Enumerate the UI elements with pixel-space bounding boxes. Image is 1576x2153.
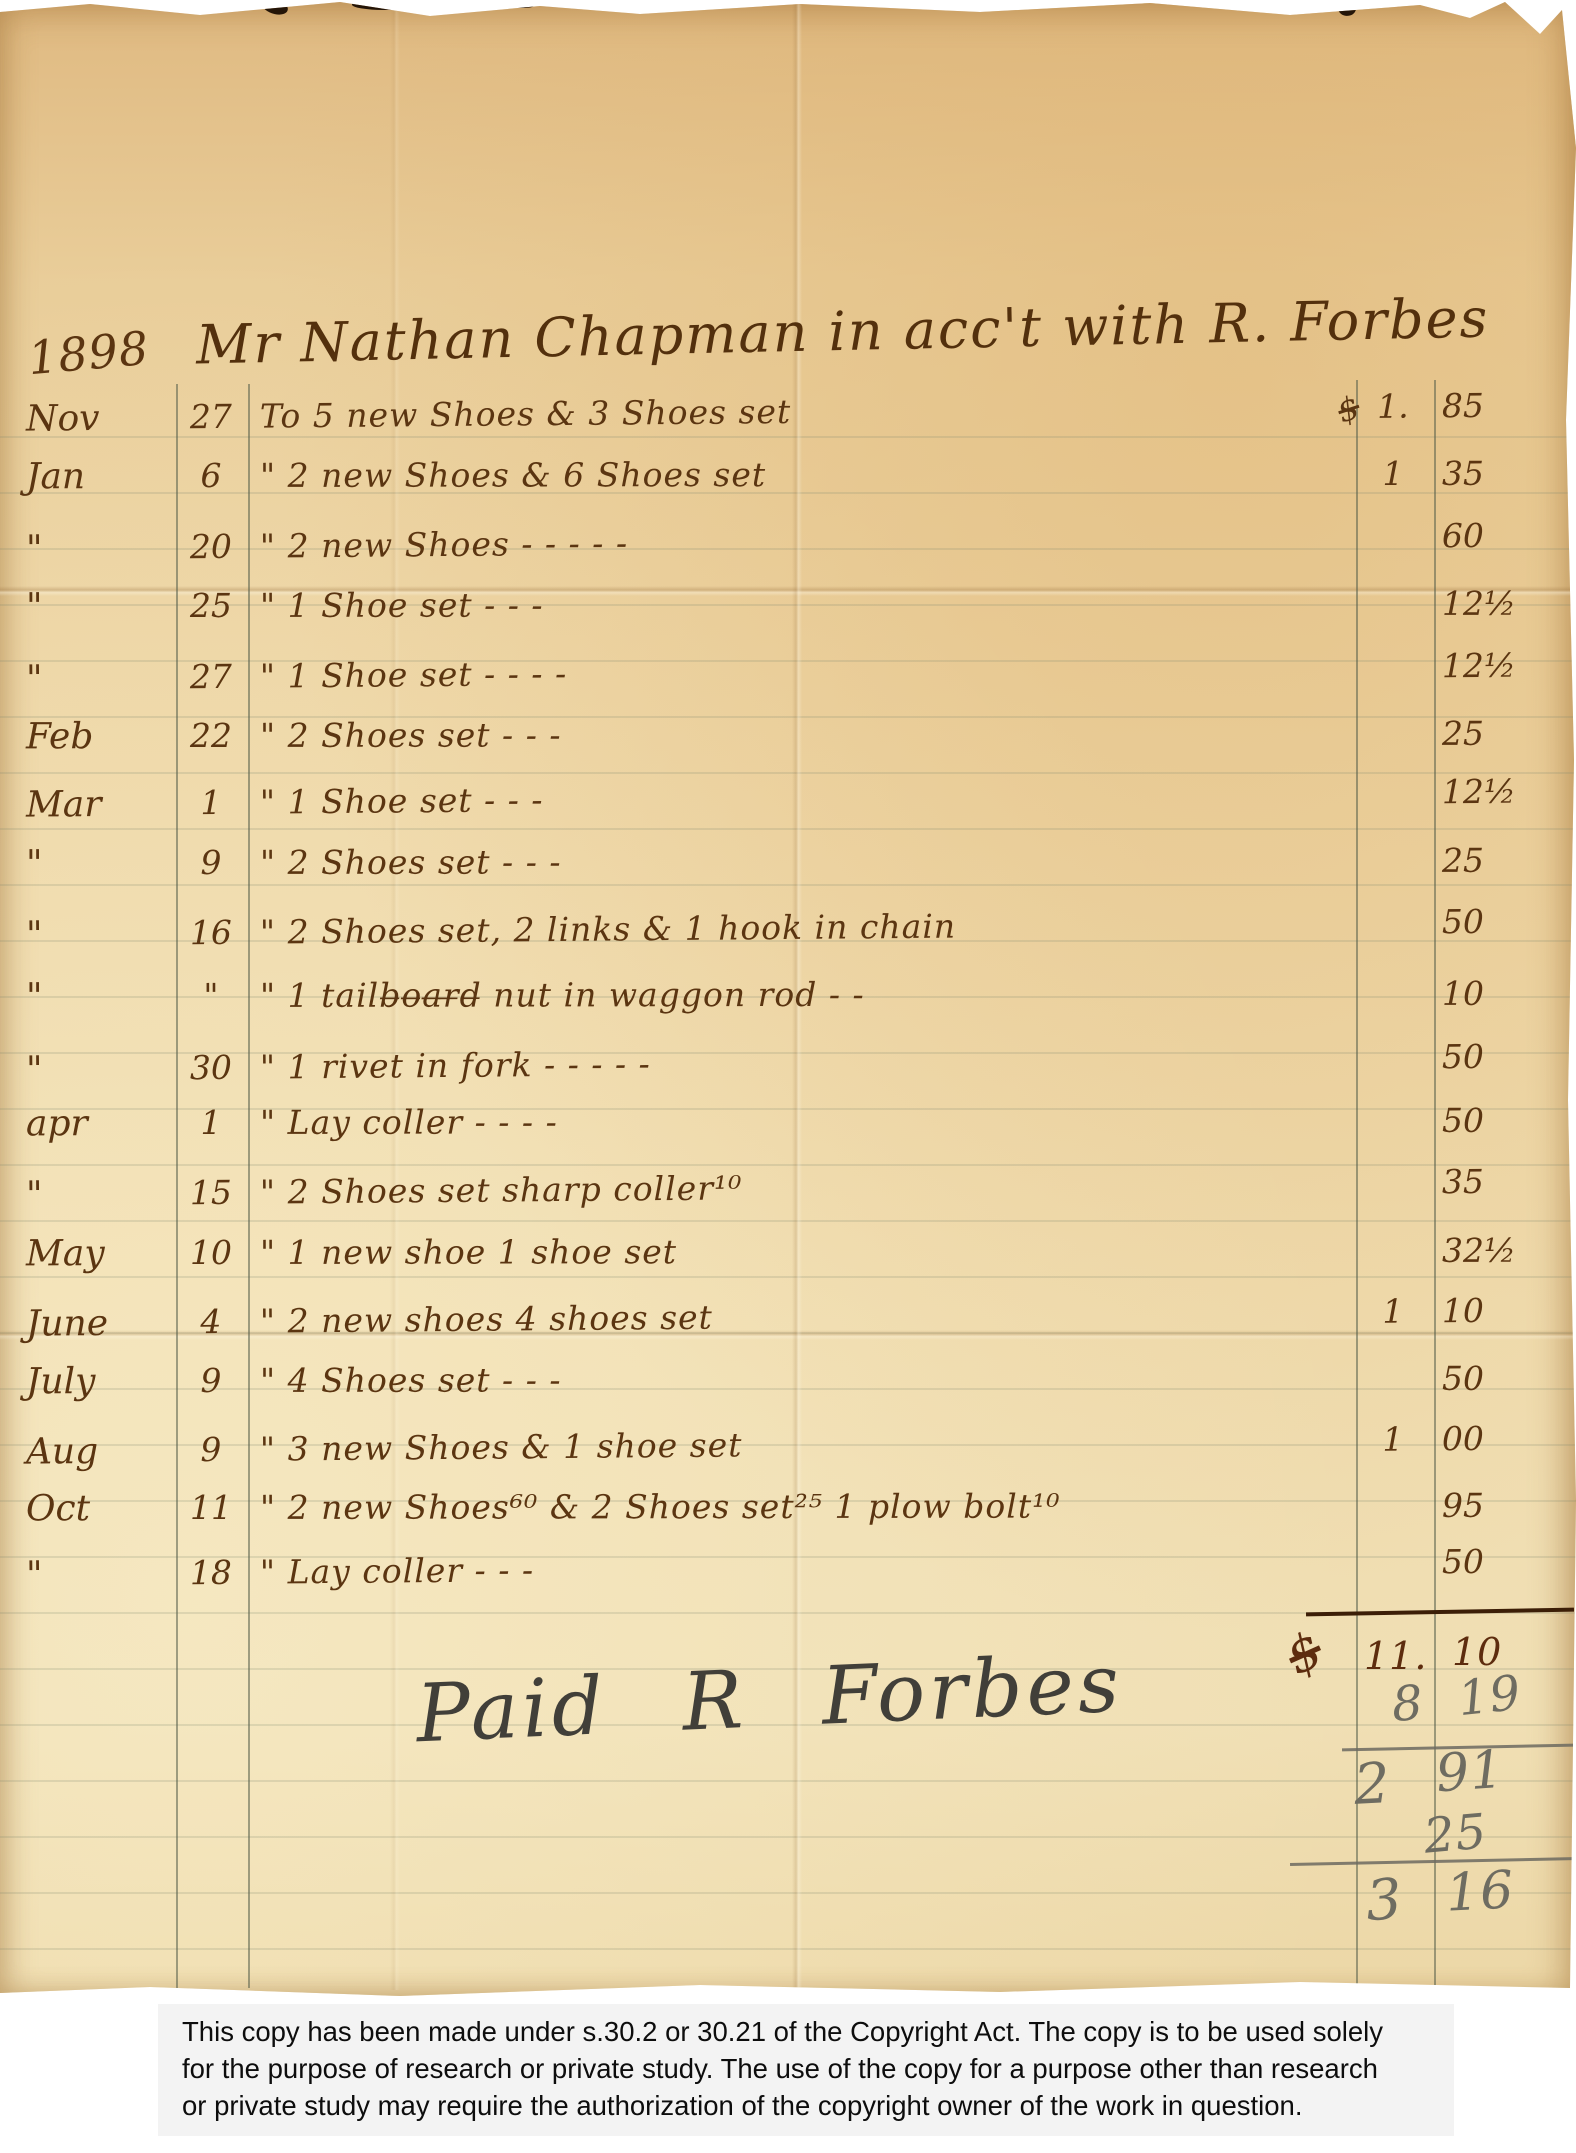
torn-edge-fragment xyxy=(1286,0,1350,11)
entry-dollars: 1. xyxy=(1358,386,1428,426)
entry-day: 25 xyxy=(180,586,242,625)
entry-month: May xyxy=(26,1233,172,1274)
entry-day: 18 xyxy=(180,1553,242,1593)
entry-month: July xyxy=(26,1361,172,1402)
entry-month: " xyxy=(26,586,172,627)
ledger-row: Feb 22 " 2 Shoes set - - - 25 xyxy=(0,714,1576,773)
entry-month: " xyxy=(26,843,172,884)
entry-month: " xyxy=(26,657,172,699)
entry-dollars xyxy=(1358,902,1428,903)
entry-dollars xyxy=(1358,772,1428,773)
entry-month: " xyxy=(26,913,172,955)
torn-edge-fragment xyxy=(506,0,536,8)
entry-description: " 1 rivet in fork - - - - - xyxy=(260,1044,651,1086)
entry-day: 27 xyxy=(180,657,242,697)
ledger-row: Oct 11 " 2 new Shoes⁶⁰ & 2 Shoes set²⁵ 1… xyxy=(0,1486,1576,1545)
copyright-notice-line2: for the purpose of research or private s… xyxy=(182,2053,1378,2085)
entry-cents: 12½ xyxy=(1442,771,1566,811)
entry-dollars xyxy=(1358,1037,1428,1038)
torn-edge-fragment xyxy=(1182,0,1210,6)
entry-day: 16 xyxy=(180,913,242,953)
torn-edge-fragment xyxy=(1336,0,1358,18)
ledger-row: " " " 1 tailb̶o̶a̶r̶d̶ nut in waggon rod… xyxy=(0,974,1576,1033)
entry-description: " Lay coller - - - - xyxy=(260,1102,558,1142)
entry-description: " 1 Shoe set - - - xyxy=(260,780,544,821)
entry-cents: 25 xyxy=(1442,714,1566,753)
ledger-year: 1898 xyxy=(26,321,151,385)
entry-cents: 60 xyxy=(1442,515,1566,555)
entry-cents: 50 xyxy=(1442,901,1566,941)
entry-description: " 2 new Shoes - - - - - xyxy=(260,523,628,565)
entry-day: 11 xyxy=(180,1488,242,1527)
entry-cents: 85 xyxy=(1442,385,1566,425)
entry-description: " Lay coller - - - xyxy=(260,1550,534,1591)
entry-cents: 35 xyxy=(1442,1161,1566,1201)
entry-dollars xyxy=(1358,1542,1428,1543)
entry-description: " 2 Shoes set sharp coller¹⁰ xyxy=(260,1168,743,1211)
entry-description: " 4 Shoes set - - - xyxy=(260,1360,562,1400)
entry-dollars xyxy=(1358,516,1428,517)
entry-month: " xyxy=(26,1553,172,1595)
entry-cents: 50 xyxy=(1442,1359,1566,1398)
entry-cents: 00 xyxy=(1442,1418,1566,1458)
ledger-paper: 1898 Mr Nathan Chapman in acc't with R. … xyxy=(0,0,1576,1998)
entry-month: " xyxy=(26,1048,172,1090)
pencil-added-cents: 25 xyxy=(1422,1803,1490,1864)
ledger-row: apr 1 " Lay coller - - - - 50 xyxy=(0,1101,1576,1160)
entry-month: Oct xyxy=(26,1488,172,1529)
copyright-notice-line1: This copy has been made under s.30.2 or … xyxy=(182,2016,1383,2048)
entry-day: 4 xyxy=(180,1302,242,1342)
ledger-row: May 10 " 1 new shoe 1 shoe set 32½ xyxy=(0,1231,1576,1290)
entry-day: 30 xyxy=(180,1048,242,1088)
entry-day: 10 xyxy=(180,1233,242,1272)
pencil-balance-cents: 91 xyxy=(1434,1740,1506,1805)
entry-cents: 10 xyxy=(1442,1290,1566,1330)
entry-day: 6 xyxy=(180,456,242,495)
copyright-notice-line3: or private study may require the authori… xyxy=(182,2090,1302,2122)
torn-edge-fragment xyxy=(622,0,640,13)
entry-day: 1 xyxy=(180,783,242,823)
entry-cents: 32½ xyxy=(1442,1231,1566,1270)
entry-cents: 95 xyxy=(1442,1486,1566,1525)
entry-dollars xyxy=(1358,646,1428,647)
entry-month: " xyxy=(26,976,172,1017)
entry-day: 9 xyxy=(180,1361,242,1400)
torn-edge-fragment xyxy=(208,0,254,9)
ledger-row: July 9 " 4 Shoes set - - - 50 xyxy=(0,1359,1576,1418)
entry-cents: 35 xyxy=(1442,454,1566,493)
entry-description: To 5 new Shoes & 3 Shoes set xyxy=(260,392,792,436)
entry-description: " 2 Shoes set, 2 links & 1 hook in chain xyxy=(260,907,956,952)
entry-day: 15 xyxy=(180,1173,242,1213)
entry-description: " 2 new Shoes & 6 Shoes set xyxy=(260,455,766,495)
entry-description: " 1 Shoe set - - - xyxy=(260,585,544,624)
pencil-balance-dollars: 2 xyxy=(1352,1751,1392,1818)
entry-month: apr xyxy=(26,1103,172,1144)
entry-dollars: 1 xyxy=(1358,1291,1428,1331)
total-dollars: 11. xyxy=(1364,1634,1427,1678)
entry-description: " 2 new shoes 4 shoes set xyxy=(260,1298,713,1341)
entry-day: 22 xyxy=(180,716,242,755)
entry-cents: 50 xyxy=(1442,1541,1566,1581)
torn-edge-fragment xyxy=(261,0,289,17)
entry-dollars: 1 xyxy=(1358,454,1428,493)
entry-day: 9 xyxy=(180,1430,242,1470)
entry-cents: 12½ xyxy=(1442,645,1566,685)
pencil-paid-cents: 19 xyxy=(1455,1665,1524,1727)
entry-day: 27 xyxy=(180,397,242,437)
entry-month: " xyxy=(26,527,172,569)
pencil-result-dollars: 3 xyxy=(1364,1867,1405,1934)
entry-month: June xyxy=(26,1302,172,1344)
entry-description: " 2 Shoes set - - - xyxy=(260,715,562,755)
entry-dollars: 1 xyxy=(1358,1419,1428,1459)
torn-edge-fragment xyxy=(352,0,410,10)
pencil-paid-dollars: 8 xyxy=(1390,1675,1425,1733)
entry-month: Nov xyxy=(26,397,172,439)
entry-day: " xyxy=(180,976,242,1015)
ledger-row: " 25 " 1 Shoe set - - - 12½ xyxy=(0,584,1576,643)
entry-month: Feb xyxy=(26,716,172,757)
pencil-result-cents: 16 xyxy=(1444,1860,1515,1923)
entry-day: 20 xyxy=(180,527,242,567)
entry-description: " 1 new shoe 1 shoe set xyxy=(260,1232,677,1272)
entry-description: " 3 new Shoes & 1 shoe set xyxy=(260,1425,743,1468)
entry-description: " 2 new Shoes⁶⁰ & 2 Shoes set²⁵ 1 plow b… xyxy=(260,1487,1061,1527)
entry-cents: 12½ xyxy=(1442,584,1566,623)
entry-description: " 1 Shoe set - - - - xyxy=(260,654,568,696)
entry-month: " xyxy=(26,1173,172,1215)
entry-cents: 50 xyxy=(1442,1101,1566,1140)
entry-month: Jan xyxy=(26,456,172,497)
ledger-row: " 9 " 2 Shoes set - - - 25 xyxy=(0,841,1576,900)
entry-cents: 10 xyxy=(1442,974,1566,1013)
entry-day: 1 xyxy=(180,1103,242,1142)
entry-description: " 2 Shoes set - - - xyxy=(260,842,562,882)
entry-day: 9 xyxy=(180,843,242,882)
ledger-row: Jan 6 " 2 new Shoes & 6 Shoes set 1 35 xyxy=(0,454,1576,513)
entry-description: " 1 tailb̶o̶a̶r̶d̶ nut in waggon rod - - xyxy=(260,975,865,1015)
entry-month: Mar xyxy=(26,783,172,825)
entry-cents: 25 xyxy=(1442,841,1566,880)
entry-month: Aug xyxy=(26,1430,172,1472)
entry-dollars xyxy=(1358,1162,1428,1163)
entry-cents: 50 xyxy=(1442,1036,1566,1076)
